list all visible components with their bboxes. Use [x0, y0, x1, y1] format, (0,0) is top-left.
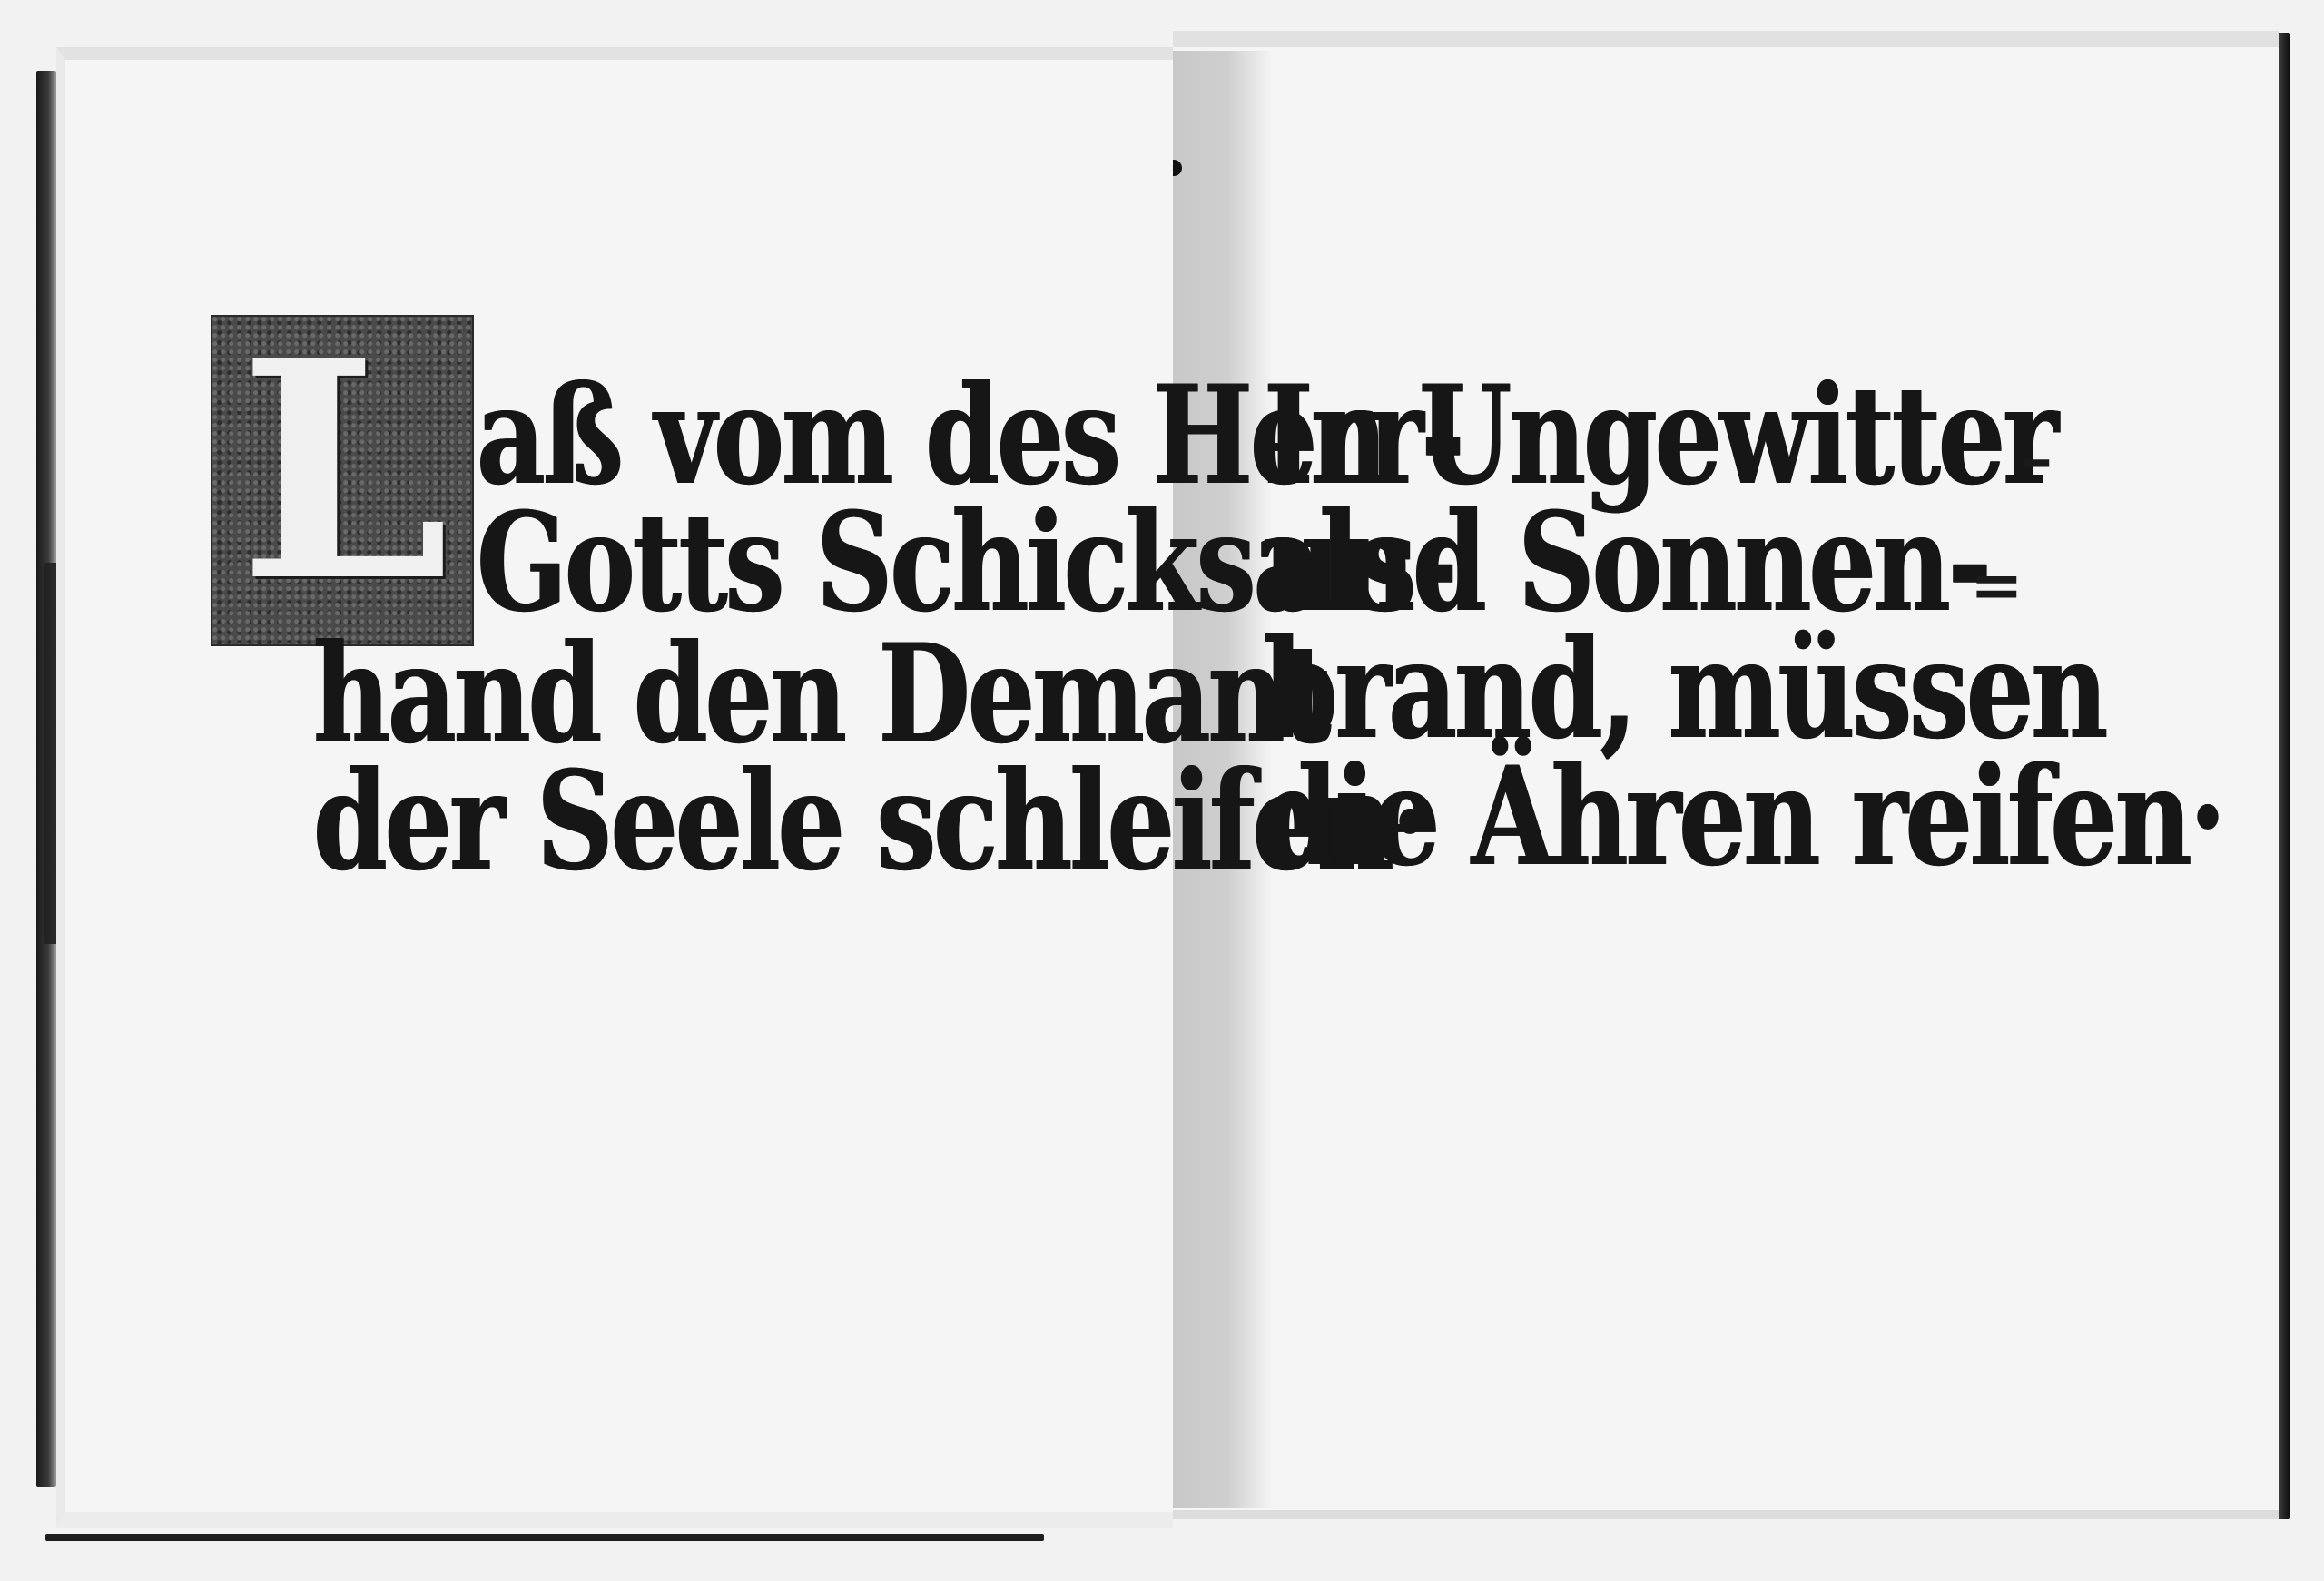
- line-end-mark: –: [2021, 427, 2053, 490]
- right-line-2: und Sonnen-: [1264, 499, 2223, 626]
- book-spread: L aß vom des Herr- Gotts Schicksals- han…: [0, 0, 2324, 1581]
- right-line-1: In Ungewitter: [1264, 372, 2223, 499]
- initial-letter: L: [231, 315, 458, 634]
- decorated-initial-block: L: [211, 315, 474, 646]
- right-page-text: In Ungewitter und Sonnen- brand, müssen …: [1264, 372, 2223, 880]
- left-page-text-bottom: hand den Demant der Seele schleifen·: [313, 631, 1425, 885]
- right-cover-edge: [2277, 33, 2290, 1519]
- right-line-4: die Ähren reifen·: [1264, 753, 2223, 880]
- left-line-3: hand den Demant: [313, 631, 1425, 758]
- left-cover-bottom-edge: [45, 1534, 1044, 1541]
- left-line-4: der Seele schleifen·: [313, 758, 1425, 885]
- hyphen-mark: =: [1970, 554, 2024, 617]
- right-line-3: brand, müssen: [1264, 626, 2223, 753]
